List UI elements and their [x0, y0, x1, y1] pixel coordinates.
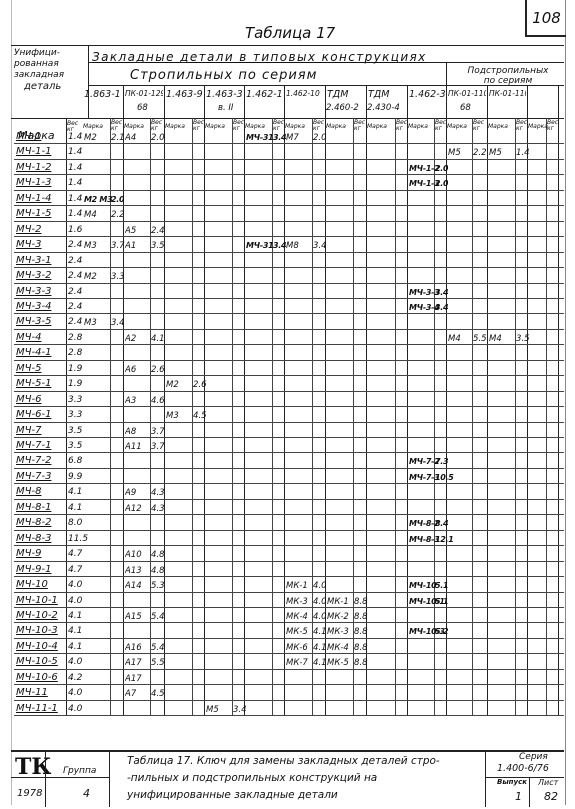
table-row-mark: МЧ-3-4 [16, 301, 51, 312]
cell-mark: МК-3 [286, 597, 308, 607]
col-weight-label: Вес кг [111, 120, 122, 132]
series-header: ПК-01-129 [125, 89, 163, 98]
series-header: ТДМ [368, 89, 406, 100]
description-line-1: Таблица 17. Ключ для замены закладных де… [127, 755, 440, 767]
col-mark-label: Марка [245, 124, 265, 130]
table-row-weight: 1.4 [68, 147, 82, 157]
cell-mark: А11 [125, 442, 142, 452]
cell-weight: 2.4 [151, 226, 165, 236]
table-row-mark: МЧ-10-3 [16, 625, 58, 636]
col-mark-label: Марка [83, 124, 103, 130]
series-subheader: 68 [137, 103, 148, 113]
table-row-weight: 2.4 [68, 256, 82, 266]
table-row-weight: 3.3 [68, 395, 82, 405]
table-row-mark: МЧ-2 [16, 224, 41, 235]
cell-weight: 12.1 [435, 535, 454, 545]
table-row-mark: МЧ-6 [16, 394, 41, 405]
series-header: 1.863-1 [84, 89, 122, 100]
cell-weight: 4.8 [151, 566, 165, 576]
cell-weight: 2.0 [111, 195, 124, 205]
table-row-mark: МЧ-10-4 [16, 641, 58, 652]
cell-mark: МК-6 [286, 643, 308, 653]
cell-mark: М8 [286, 241, 299, 251]
table-row-mark: МЧ-6-1 [16, 409, 51, 420]
table-row-weight: 4.1 [68, 626, 82, 636]
cell-weight: 5.4 [151, 612, 165, 622]
cell-mark: М3 [166, 411, 179, 421]
cell-weight: 1.4 [516, 148, 530, 158]
cell-mark: А15 [125, 612, 142, 622]
table-row-mark: МЧ-1 [16, 131, 41, 142]
cell-mark: А7 [125, 689, 136, 699]
cell-weight: 4.5 [193, 411, 207, 421]
series-header: 1.463-3 [206, 89, 243, 100]
left-title: Унифици- рованная закладная деталь [14, 48, 64, 92]
sheet-label: Лист [538, 778, 558, 787]
cell-mark: А2 [125, 334, 136, 344]
cell-weight: 3.7 [151, 427, 165, 437]
cell-mark: МК-4 [327, 643, 349, 653]
table-row-mark: МЧ-9 [16, 548, 41, 559]
cell-weight: 3.4 [313, 241, 327, 251]
col-weight-label: Вес кг [313, 120, 324, 132]
cell-mark: М2 [166, 380, 179, 390]
table-row-mark: МЧ-10-1 [16, 595, 58, 606]
series-header: ПК-01-110 [448, 89, 486, 98]
cell-weight: 8.8 [354, 612, 368, 622]
table-row-weight: 4.1 [68, 503, 82, 513]
group-title: Закладные детали в типовых конструкциях [92, 50, 427, 64]
table-row-weight: 2.8 [68, 333, 82, 343]
table-row-weight: 3.5 [68, 441, 82, 451]
subgroup-rafter: Стропильных по сериям [130, 68, 317, 83]
table-row-weight: 2.4 [68, 240, 82, 250]
subgroup-subrafter: Подстропильных по сериям [452, 66, 564, 86]
table-row-mark: МЧ-7-3 [16, 471, 51, 482]
cell-weight: 5.4 [151, 643, 165, 653]
group-value: 4 [83, 787, 90, 800]
cell-mark: М4 [84, 210, 97, 220]
col-weight-label: Вес кг [151, 120, 162, 132]
table-row-mark: МЧ-1-2 [16, 162, 51, 173]
cell-weight: 5.5 [473, 334, 487, 344]
col-mark-label: Марка [408, 124, 428, 130]
cell-weight: 4.8 [151, 550, 165, 560]
cell-weight: 3.4 [111, 318, 125, 328]
cell-mark: А6 [125, 365, 136, 375]
cell-mark: М2 [84, 133, 97, 143]
cell-mark: М4 [489, 334, 502, 344]
cell-mark: А1 [125, 241, 136, 251]
cell-weight: 4.1 [313, 627, 327, 637]
cell-mark: МК-4 [286, 612, 308, 622]
cell-weight: 3.4 [273, 241, 286, 251]
cell-weight: 2.0 [313, 133, 327, 143]
col-weight-label: Вес кг [547, 120, 558, 132]
col-mark-label: Марка [165, 124, 185, 130]
cell-mark: МК-5 [327, 658, 349, 668]
sheet-value: 82 [544, 790, 558, 803]
table-row-weight: 2.4 [68, 271, 82, 281]
cell-mark: М5 [489, 148, 502, 158]
table-row-weight: 6.8 [68, 456, 82, 466]
cell-weight: 4.0 [313, 581, 327, 591]
cell-mark: М3 [84, 318, 97, 328]
cell-mark: МК-5 [286, 627, 308, 637]
table-row-mark: МЧ-3-1 [16, 255, 51, 266]
cell-mark: А12 [125, 504, 142, 514]
table-row-weight: 2.4 [68, 317, 82, 327]
series-subheader: в. II [218, 103, 233, 113]
cell-mark: МЧ-31 [246, 241, 273, 251]
table-row-weight: 4.1 [68, 487, 82, 497]
cell-mark: МК-1 [286, 581, 308, 591]
cell-mark: МК-2 [327, 612, 349, 622]
cell-weight: 10.5 [435, 473, 454, 483]
table-row-mark: МЧ-10-2 [16, 610, 58, 621]
col-weight-label: Вес кг [435, 120, 446, 132]
cell-mark: А5 [125, 226, 136, 236]
col-mark-label: Марка [528, 124, 548, 130]
cell-mark: М3 [84, 241, 97, 251]
table-row-mark: МЧ-8 [16, 486, 41, 497]
table-row-weight: 3.5 [68, 426, 82, 436]
cell-mark: А16 [125, 643, 142, 653]
table-row-weight: 4.2 [68, 673, 82, 683]
table-row-mark: МЧ-11 [16, 687, 48, 698]
table-row-mark: МЧ-11-1 [16, 703, 58, 714]
cell-weight: 3.5 [151, 241, 165, 251]
table-row-weight: 4.0 [68, 704, 82, 714]
cell-weight: 8.8 [354, 643, 368, 653]
table-row-mark: МЧ-1-1 [16, 146, 51, 157]
table-row-weight: 4.7 [68, 549, 82, 559]
col-mark-label: Марка [447, 124, 467, 130]
table-row-mark: МЧ-10-5 [16, 656, 58, 667]
col-weight-label: Вес кг [273, 120, 284, 132]
cell-weight: 2.2 [111, 210, 125, 220]
cell-weight: 4.3 [151, 488, 165, 498]
cell-weight: 2.0 [151, 133, 165, 143]
cell-weight: 2.2 [473, 148, 487, 158]
table-row-weight: 1.6 [68, 225, 82, 235]
cell-mark: А9 [125, 488, 136, 498]
col-mark-label: Марка [205, 124, 225, 130]
cell-weight: 5.1 [435, 581, 448, 591]
cell-weight: 4.1 [151, 334, 165, 344]
col-mark-label: Марка [285, 124, 305, 130]
col-mark-label: Марка [326, 124, 346, 130]
col-weight-label: Вес кг [516, 120, 527, 132]
cell-mark: М5 [448, 148, 461, 158]
description-line-3: унифицированные закладные детали [127, 789, 338, 801]
cell-mark: МК-7 [286, 658, 308, 668]
cell-weight: 4.1 [313, 643, 327, 653]
series-subheader: 2.460-2 [326, 103, 359, 113]
table-row-mark: МЧ-3 [16, 239, 41, 250]
cell-weight: 4.1 [313, 658, 327, 668]
cell-mark: МК-1 [327, 597, 349, 607]
table-row-mark: МЧ-3-2 [16, 270, 51, 281]
cell-weight: 8.8 [354, 658, 368, 668]
col-weight-label: Вес кг [193, 120, 204, 132]
cell-weight: 5.1 [435, 597, 448, 607]
cell-weight: 4.0 [313, 612, 327, 622]
table-row-weight: 2.4 [68, 302, 82, 312]
table-row-weight: 4.1 [68, 642, 82, 652]
table-row-mark: МЧ-8-2 [16, 517, 51, 528]
cell-weight: 3.7 [151, 442, 165, 452]
year: 1978 [17, 788, 42, 799]
cell-weight: 4.3 [151, 504, 165, 514]
cell-weight: 2.0 [435, 179, 448, 189]
table-row-weight: 1.4 [68, 178, 82, 188]
cell-weight: 3.3 [111, 272, 125, 282]
col-weight-label: Вес кг [396, 120, 407, 132]
cell-mark: М5 [206, 705, 219, 715]
table-row-mark: МЧ-1-5 [16, 208, 51, 219]
table-row-mark: МЧ-3-3 [16, 286, 51, 297]
cell-weight: 4.6 [151, 396, 165, 406]
table-row-mark: МЧ-1-4 [16, 193, 51, 204]
cell-weight: 5.2 [435, 627, 448, 637]
table-row-weight: 1.4 [68, 194, 82, 204]
series-header: 1.463-9 [166, 89, 203, 100]
cell-weight: 2.6 [193, 380, 207, 390]
col-mark-label: Марка [367, 124, 387, 130]
table-row-weight: 1.4 [68, 163, 82, 173]
cell-weight: 5.5 [151, 658, 165, 668]
cell-weight: 2.1 [111, 133, 125, 143]
table-row-weight: 2.8 [68, 348, 82, 358]
cell-weight: 4.0 [313, 597, 327, 607]
cell-mark: А10 [125, 550, 142, 560]
cell-mark: М2 [84, 272, 97, 282]
series-header: 1.462-10 [286, 89, 324, 98]
series-header: ПК-01-110 [489, 89, 526, 98]
col-weight-label: Вес кг [473, 120, 484, 132]
cell-weight: 7.3 [435, 457, 448, 467]
table-row-mark: МЧ-8-1 [16, 502, 51, 513]
table-row-mark: МЧ-10 [16, 579, 48, 590]
page-number: 108 [525, 0, 566, 37]
issue-value: 1 [515, 790, 522, 803]
cell-weight: 3.4 [435, 303, 448, 313]
group-label: Группа [63, 766, 96, 776]
table-row-weight: 4.0 [68, 657, 82, 667]
table-row-mark: МЧ-4-1 [16, 347, 51, 358]
cell-mark: М7 [286, 133, 299, 143]
cell-mark: МК-3 [327, 627, 349, 637]
issue-label: Выпуск [497, 778, 527, 786]
cell-mark: А8 [125, 427, 136, 437]
table-row-mark: МЧ-1-3 [16, 177, 51, 188]
table-row-mark: МЧ-3-5 [16, 316, 51, 327]
cell-mark: МЧ-31 [246, 133, 273, 143]
cell-weight: 2.0 [435, 164, 448, 174]
cell-weight: 4.5 [151, 689, 165, 699]
table-row-weight: 2.4 [68, 287, 82, 297]
table-row-weight: 4.0 [68, 688, 82, 698]
cell-mark: А14 [125, 581, 142, 591]
cell-mark: А4 [125, 133, 136, 143]
table-row-weight: 1.4 [68, 132, 82, 142]
col-weight-label: Вес кг [354, 120, 365, 132]
cell-weight: 8.8 [354, 627, 368, 637]
cell-mark: А17 [125, 674, 142, 684]
table-row-mark: МЧ-7-1 [16, 440, 51, 451]
table-row-weight: 1.4 [68, 209, 82, 219]
cell-weight: 3.4 [435, 288, 448, 298]
table-row-mark: МЧ-9-1 [16, 564, 51, 575]
description-line-2: -пильных и подстропильных конструкций на [127, 772, 377, 784]
series-label: Серия [519, 752, 548, 762]
col-mark-label: Марка [488, 124, 508, 130]
cell-weight: 2.6 [151, 365, 165, 375]
cell-weight: 3.4 [273, 133, 286, 143]
table-row-weight: 1.9 [68, 364, 82, 374]
cell-mark: М4 [448, 334, 461, 344]
table-label: Таблица 17 [245, 24, 335, 42]
table-row-weight: 8.0 [68, 518, 82, 528]
table-row-weight: 3.3 [68, 410, 82, 420]
series-header: ТДМ [327, 89, 365, 100]
table-row-weight: 4.0 [68, 596, 82, 606]
cell-mark: МЧ-10 [409, 581, 436, 591]
table-row-mark: МЧ-5 [16, 363, 41, 374]
table-row-weight: 9.9 [68, 472, 82, 482]
table-row-weight: 4.7 [68, 565, 82, 575]
series-subheader: 68 [460, 103, 471, 113]
cell-weight: 8.8 [354, 597, 368, 607]
table-row-weight: 4.1 [68, 611, 82, 621]
title-block: ТК Группа 1978 4 Таблица 17. Ключ для за… [11, 750, 564, 807]
col-mark-label: Марка [124, 124, 144, 130]
series-header: 1.462-3 [409, 89, 445, 100]
cell-mark: А13 [125, 566, 142, 576]
series-value: 1.400-6/76 [497, 763, 549, 774]
cell-mark: М2 М3 [84, 195, 112, 205]
cell-mark: А17 [125, 658, 142, 668]
series-header: 1.462-1 [246, 89, 283, 100]
table-row-weight: 4.0 [68, 580, 82, 590]
table-row-mark: МЧ-10-6 [16, 672, 58, 683]
cell-weight: 3.4 [233, 705, 247, 715]
cell-weight: 5.3 [151, 581, 165, 591]
cell-weight: 3.5 [516, 334, 530, 344]
table-row-weight: 11.5 [68, 534, 88, 544]
table-row-mark: МЧ-5-1 [16, 378, 51, 389]
cell-mark: А3 [125, 396, 136, 406]
cell-weight: 8.4 [435, 519, 448, 529]
table-row-mark: МЧ-7-2 [16, 455, 51, 466]
table-row-weight: 1.9 [68, 379, 82, 389]
col-weight-label: Вес кг [233, 120, 244, 132]
table-row-mark: МЧ-8-3 [16, 533, 51, 544]
table-row-mark: МЧ-7 [16, 425, 41, 436]
table-row-mark: МЧ-4 [16, 332, 41, 343]
cell-weight: 3.7 [111, 241, 125, 251]
series-subheader: 2.430-4 [367, 103, 400, 113]
